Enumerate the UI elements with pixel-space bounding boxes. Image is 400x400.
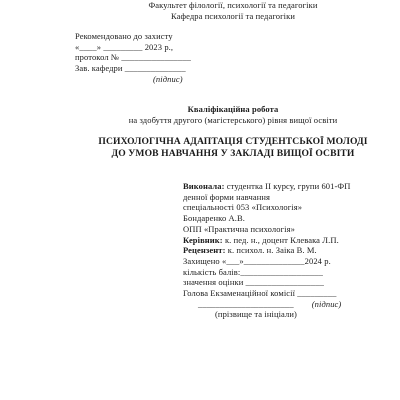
qualification-degree-subtitle: на здобуття другого (магістерського) рів… xyxy=(75,115,391,126)
study-form-line: денної форми навчання xyxy=(183,192,398,203)
approval-signature-caption: (підпис) xyxy=(75,74,255,85)
reviewer-label: Рецензент: xyxy=(183,245,226,255)
speciality-line: спеціальності 053 «Психологія» xyxy=(183,202,398,213)
approval-department-head-line: Зав. кафедри ______________ xyxy=(75,63,255,74)
supervisor-text: к. пед. н., доцент Клевака Л.П. xyxy=(223,235,339,245)
institution-header: Факультет філології, психології та педаг… xyxy=(75,0,391,21)
points-line: кількість балів:___________________ xyxy=(183,267,398,278)
committee-name-caption: (прізвище та ініціали) xyxy=(183,309,398,320)
department-line: Кафедра психології та педагогіки xyxy=(75,11,391,22)
qualification-block: Кваліфікаційна робота на здобуття другог… xyxy=(75,104,391,125)
supervisor-label: Керівник: xyxy=(183,235,223,245)
committee-signature-line: ______________________(підпис) xyxy=(183,299,398,310)
supervisor-line: Керівник: к. пед. н., доцент Клевака Л.П… xyxy=(183,235,398,246)
program-line: ОПП «Практична психологія» xyxy=(183,224,398,235)
grade-line: значення оцінки __________________ xyxy=(183,277,398,288)
reviewer-line: Рецензент: к. психол. н. Заіка В. М. xyxy=(183,245,398,256)
thesis-title-line-1: ПСИХОЛОГІЧНА АДАПТАЦІЯ СТУДЕНТСЬКОЇ МОЛО… xyxy=(75,136,391,148)
approval-recommended-line: Рекомендовано до захисту xyxy=(75,31,255,42)
qualification-work-type: Кваліфікаційна робота xyxy=(75,104,391,115)
student-name-line: Бондаренко А.В. xyxy=(183,213,398,224)
approval-block: Рекомендовано до захисту «____» ________… xyxy=(75,31,255,85)
thesis-title-page: Факультет філології, психології та педаг… xyxy=(0,0,400,400)
faculty-line: Факультет філології, психології та педаг… xyxy=(75,0,391,11)
performed-by-text: студентка ІІ курсу, групи 601-ФП xyxy=(225,181,351,191)
thesis-title: ПСИХОЛОГІЧНА АДАПТАЦІЯ СТУДЕНТСЬКОЇ МОЛО… xyxy=(75,136,391,160)
committee-signature-caption: (підпис) xyxy=(312,299,342,309)
author-details-block: Виконала: студентка ІІ курсу, групи 601-… xyxy=(183,181,398,320)
approval-date-line: «____» _________ 2023 р., xyxy=(75,42,255,53)
performed-by-line: Виконала: студентка ІІ курсу, групи 601-… xyxy=(183,181,398,192)
committee-head-line: Голова Екзаменаційної комісії _________ xyxy=(183,288,398,299)
reviewer-text: к. психол. н. Заіка В. М. xyxy=(226,245,317,255)
approval-protocol-line: протокол № ________________ xyxy=(75,52,255,63)
signature-underscores: ______________________ xyxy=(198,299,294,309)
performed-by-label: Виконала: xyxy=(183,181,225,191)
defended-date-line: Захищено «___»______________2024 р. xyxy=(183,256,398,267)
thesis-title-line-2: ДО УМОВ НАВЧАННЯ У ЗАКЛАДІ ВИЩОЇ ОСВІТИ xyxy=(75,148,391,160)
